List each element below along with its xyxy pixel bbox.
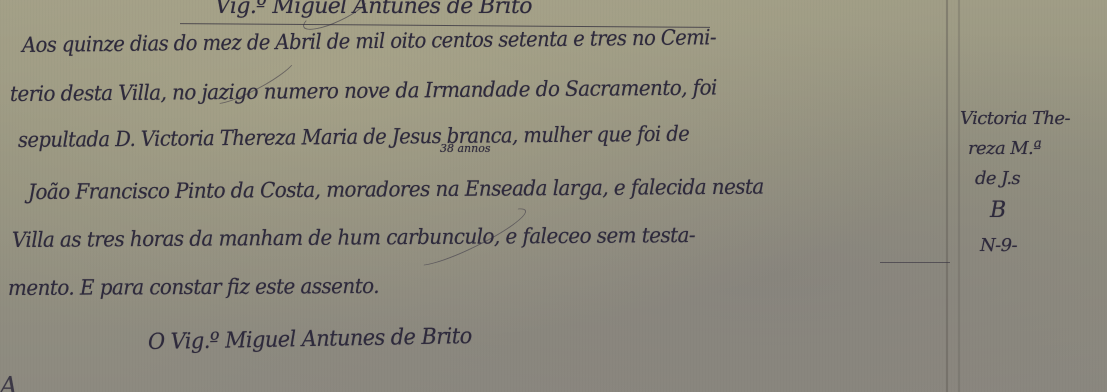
register-page: Vig.º Miguel Antunes de Brito Aos quinze… bbox=[0, 0, 1107, 392]
entry-line-2: terio desta Villa, no jazigo numero nove… bbox=[10, 76, 717, 106]
closing-signature: O Vig.º Miguel Antunes de Brito bbox=[148, 324, 472, 355]
margin-note-line-4: B bbox=[990, 198, 1006, 223]
age-annotation: 38 annos bbox=[440, 142, 491, 155]
entry-line-6: mento. E para constar fiz este assento. bbox=[8, 274, 379, 300]
line-end-rule bbox=[880, 262, 950, 263]
next-entry-fragment: A bbox=[0, 372, 17, 392]
entry-line-1: Aos quinze dias do mez de Abril de mil o… bbox=[22, 25, 716, 57]
entry-line-4: João Francisco Pinto da Costa, moradores… bbox=[28, 175, 764, 204]
margin-note-line-1: Victoria The- bbox=[960, 108, 1070, 129]
margin-rule bbox=[946, 0, 948, 392]
entry-line-5: Villa as tres horas da manham de hum car… bbox=[12, 223, 695, 252]
header-signature: Vig.º Miguel Antunes de Brito bbox=[215, 0, 532, 19]
margin-note-line-3: de J.s bbox=[975, 168, 1020, 189]
margin-note-line-5: N-9- bbox=[980, 235, 1017, 256]
entry-line-3: sepultada D. Victoria Thereza Maria de J… bbox=[18, 122, 689, 152]
margin-note-line-2: reza M.ª bbox=[968, 138, 1041, 159]
margin-rule-secondary bbox=[958, 0, 960, 392]
